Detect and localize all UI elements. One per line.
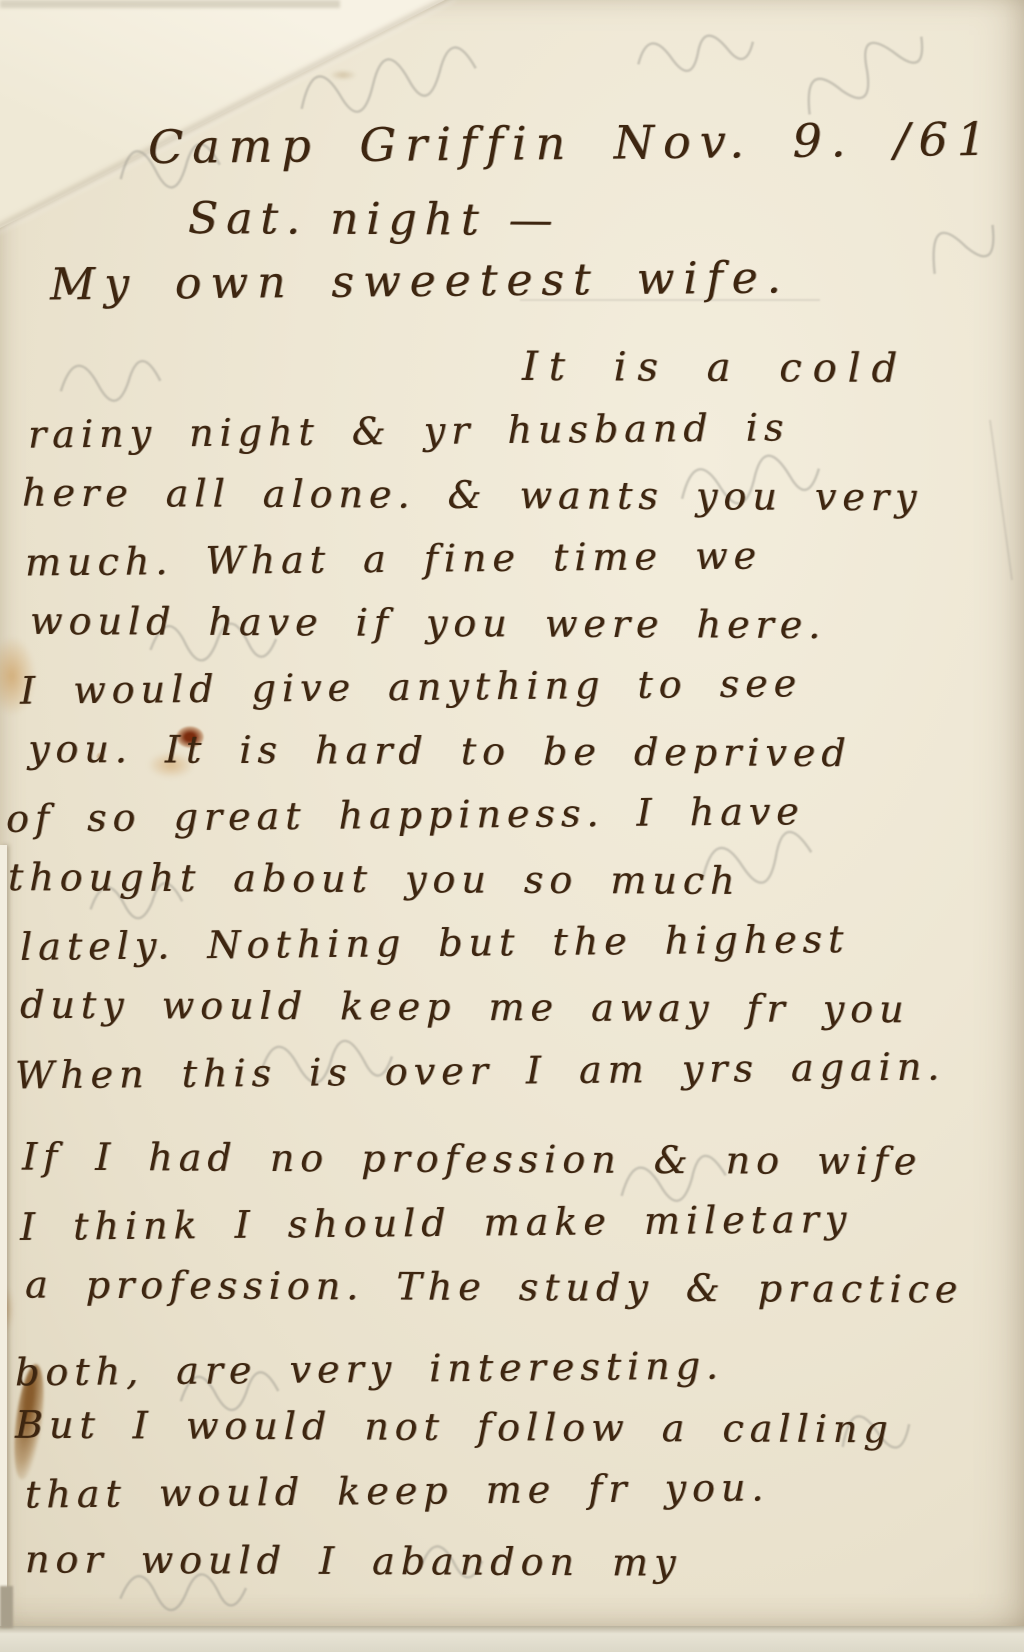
letter-line: a profession. The study & practice: [25, 1266, 964, 1309]
letter-line: that would keep me fr you.: [25, 1468, 770, 1513]
letter-line: When this is over I am yrs again.: [15, 1048, 946, 1095]
salutation: My own sweetest wife.: [50, 256, 790, 307]
letter-line: you. It is hard to be deprived: [28, 730, 852, 772]
letter-line: lately. Nothing but the highest: [20, 920, 850, 966]
paper-edge-bottom: [0, 1626, 1024, 1652]
paper-corner-notch: [0, 1586, 13, 1628]
letter-line: I would give anything to see: [20, 664, 802, 710]
letter-page: Camp Griffin Nov. 9. /61 Sat. night — My…: [0, 0, 1024, 1628]
paper-edge-left: [0, 845, 7, 1626]
letter-line: thought about you so much: [8, 858, 741, 900]
letter-line: duty would keep me away fr you: [20, 986, 910, 1029]
letter-line: much. What a fine time we: [25, 536, 762, 581]
letter-line: nor would I abandon my: [25, 1540, 682, 1581]
letter-line: I think I should make miletary: [20, 1200, 853, 1246]
letter-line: But I would not follow a calling: [15, 1406, 894, 1449]
letter-line: rainy night & yr husband is: [28, 408, 790, 453]
dateline: Camp Griffin Nov. 9. /61: [148, 116, 995, 170]
letter-line: It is a cold: [522, 347, 908, 389]
letter-line: here all alone. & wants you very: [22, 474, 923, 517]
letter-line: would have if you were here.: [30, 602, 826, 644]
stain: [330, 70, 356, 80]
time-notation: Sat. night —: [188, 197, 561, 243]
letter-line: both, are very interesting.: [15, 1347, 724, 1392]
letter-line: of so great happiness. I have: [6, 792, 805, 838]
letter-line: If I had no profession & no wife: [22, 1138, 922, 1181]
